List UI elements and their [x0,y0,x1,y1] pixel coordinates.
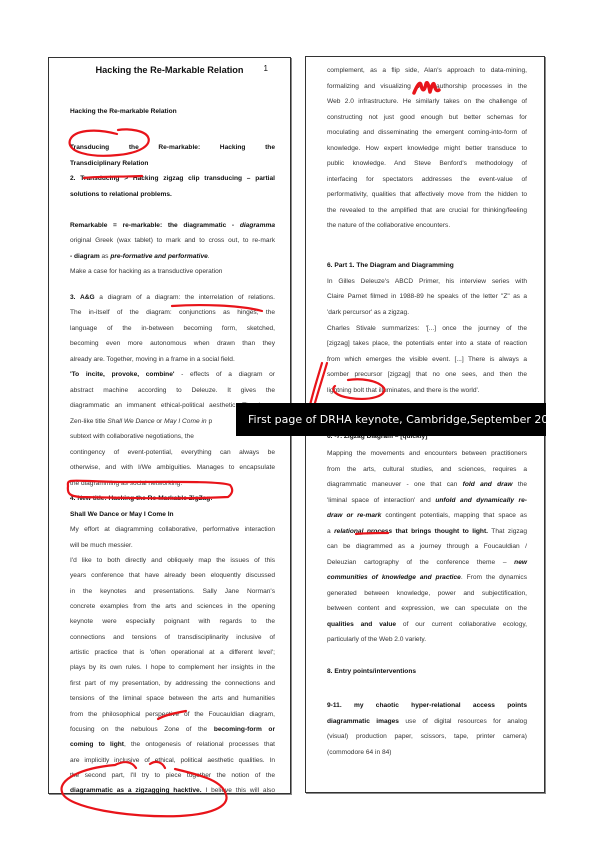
text-line: Claire Parnet filmed in 1988-89 he speak… [327,289,527,304]
text-line: focusing on the nebulous Zone of the bec… [70,722,275,737]
text-line: generated between knowledge, power and s… [327,586,527,601]
text-line: communities of knowledge and practice. F… [327,570,527,585]
text-line: 6. Part 1. The Diagram and Diagramming [327,258,527,273]
text-line: can be diagrammed as a journey through a… [327,539,527,554]
text-line: contingency of event-potential, everythi… [70,445,275,460]
text-run: artistic practice that is 'often operati… [70,649,275,656]
text-run: connections and tensions of transdiscipl… [70,634,275,641]
text-line: diagrammatic images use of digital resou… [327,714,527,729]
text-run: 'dark percursor' as a zigzag. [327,309,409,316]
text-line: artistic practice that is 'often operati… [70,645,275,660]
text-run: of our current collaborative ecology, [396,621,527,628]
text-run: the second part, I'll try to piece toget… [70,772,275,779]
text-run: In Gilles Deleuze's ABCD Primer, his int… [327,278,527,285]
text-run: generated between knowledge, power and s… [327,590,527,597]
text-run: the diagramming as social networking. [70,480,182,487]
text-line: (visual) production paper, scissors, tap… [327,729,527,744]
text-line: Deleuzian cartography of the conference … [327,555,527,570]
text-run: already are. Together, moving in a frame… [70,356,235,363]
text-line: the second part, I'll try to piece toget… [70,768,275,783]
text-line: from the philosophical perspective of th… [70,707,275,722]
text-run: Make a case for hacking as a transductiv… [70,268,222,275]
text-line: (commodore 64 in 84) [327,745,527,760]
text-run: lightning bolt that illuminates, and the… [327,387,480,394]
text-run: Transdiciplinary Relation [70,160,148,167]
text-line: the nature of the collaborative encounte… [327,218,527,233]
text-run: . [208,253,210,260]
text-run: can be diagrammed as a journey through a… [327,543,527,550]
text-run: tensions of the liminal space between th… [70,695,275,702]
text-run: from which emerges the visible event. [.… [327,356,527,363]
text-run: new [514,559,527,566]
text-run: solutions to relational problems. [70,191,172,198]
text-line: draw or re-mark contingent potentials, m… [327,508,527,523]
text-line: Make a case for hacking as a transductiv… [70,264,275,279]
text-run: 6. Part 1. The Diagram and Diagramming [327,262,454,269]
text-line: lightning bolt that illuminates, and the… [327,383,527,398]
text-run: diagramma [240,222,275,229]
text-line: complement, as a flip side, Alan's appro… [327,63,527,78]
text-run: , the ontogenesis of relational processe… [124,741,275,748]
text-line: 8. Entry points/interventions [327,664,527,679]
text-line: constructing not just good enough but be… [327,110,527,125]
text-line: formalizing and visualizing of co-author… [327,79,527,94]
text-run: Shall We Dance or May I Come In [70,511,174,518]
text-run: Web 2.0 infrastructure. He similarly tak… [327,98,527,105]
text-run: communities of knowledge and practice [327,574,461,581]
text-run: relational process [334,528,392,535]
text-run: public knowledge. And Steve Benford's me… [327,160,527,167]
text-line: keynote were especially poignant with re… [70,614,275,629]
text-line: solutions to relational problems. [70,187,275,202]
text-run: diagrammatic as a zigzagging hacktive. [70,787,202,794]
text-run: as [100,253,111,260]
text-line: first part of my presentation, by addres… [70,676,275,691]
text-line: diagrammatic as a zigzagging hacktive. I… [70,783,275,798]
text-line: qualities and value of our current colla… [327,617,527,632]
text-run: interfacing for spectators addresses the… [327,176,527,183]
text-run: keynote were especially poignant with re… [70,618,275,625]
text-run: (visual) production paper, scissors, tap… [327,733,527,740]
text-line: I'd like to both directly and obliquely … [70,553,275,568]
text-line: interfacing for spectators addresses the… [327,172,527,187]
text-line: Charles Stivale summarizes: '[...] once … [327,321,527,336]
text-line: original Greek (wax tablet) to mark and … [70,233,275,248]
text-run: constructing not just good enough but be… [327,114,527,121]
text-run: original Greek (wax tablet) to mark and … [70,237,275,244]
text-run: fold and draw [463,481,513,488]
document-title: Hacking the Re-Markable Relation [49,65,290,75]
text-line: abstract machine according to Deleuze. I… [70,383,275,398]
text-run: qualities and value [327,621,396,628]
text-line: [zigzag] takes place, the potentials ent… [327,336,527,351]
text-run: formalizing and visualizing of co-author… [327,83,527,90]
text-line: otherwise, and with I/We ambiguities. Ma… [70,460,275,475]
text-run: years conference that have already been … [70,572,275,579]
text-line: 'dark percursor' as a zigzag. [327,305,527,320]
text-run: - effects of a diagram or [174,371,275,378]
text-line: between content and expression, we can s… [327,601,527,616]
text-line: Web 2.0 infrastructure. He similarly tak… [327,94,527,109]
text-run: contingent potentials, mapping that spac… [381,512,527,519]
text-line: Transducing the Re-markable: Hacking the [70,140,275,155]
text-line: language of the in-between becoming form… [70,321,275,336]
text-run: Claire Parnet filmed in 1988-89 he speak… [327,293,527,300]
text-run: focusing on the nebulous Zone of the [70,726,214,733]
text-run: Zen-like title [70,418,107,425]
text-run: concrete examples from the arts and scie… [70,603,275,610]
text-run: or [155,418,165,425]
text-line: diagrammatic maneuver - one that can fol… [327,477,527,492]
text-line: coming to light, the ontogenesis of rela… [70,737,275,752]
text-line: plays by its own rules. I hope to comple… [70,660,275,675]
text-line: the diagramming as social networking. [70,476,275,491]
text-run: are implicitly inclusive of ethical, pol… [70,757,275,764]
text-run: pre-formative and performative [110,253,207,260]
text-run: will be much messier. [70,542,133,549]
page-number: 1 [264,64,268,73]
text-run: I'd like to both directly and obliquely … [70,557,275,564]
text-run: moculating and disseminating the emergen… [327,129,527,136]
text-run: from the philosophical perspective of th… [70,711,275,718]
text-line: moculating and disseminating the emergen… [327,125,527,140]
text-run: abstract machine according to Deleuze. I… [70,387,275,394]
text-line: from the arts, cultural studies, and sci… [327,462,527,477]
text-run: (commodore 64 in 84) [327,749,392,756]
text-line: from which emerges the visible event. [.… [327,352,527,367]
text-run: diagrammatic images [327,718,399,725]
text-line: tensions of the liminal space between th… [70,691,275,706]
text-line: years conference that have already been … [70,568,275,583]
text-run: 4. New title: Hacking the Re-Markable Zi… [70,495,213,502]
text-run: I believe this will also [202,787,275,794]
text-line: 9-11. my chaotic hyper-relational access… [327,698,527,713]
text-line: - diagram as pre-formative and performat… [70,249,275,264]
text-run: use of digital resources for analog [399,718,527,725]
text-line: Hacking the Re-markable Relation [70,104,275,119]
text-run: that brings thought to light. [392,528,488,535]
text-run: performativity, qualities that affective… [327,191,527,198]
text-run: The in-itself of the diagram: conjunctio… [70,309,275,316]
text-run: Charles Stivale summarizes: '[...] once … [327,325,527,332]
text-run: Mapping the movements and encounters bet… [327,450,527,457]
text-run: plays by its own rules. I hope to comple… [70,664,275,671]
text-line: connections and tensions of transdiscipl… [70,630,275,645]
text-run: complement, as a flip side, Alan's appro… [327,67,527,74]
text-line: are implicitly inclusive of ethical, pol… [70,753,275,768]
text-line: performativity, qualities that affective… [327,187,527,202]
text-line: will be much messier. [70,538,275,553]
text-line: concrete examples from the arts and scie… [70,599,275,614]
text-run: diagrammatic maneuver - one that can [327,481,463,488]
text-line: becoming even more autonomous when drawn… [70,336,275,351]
text-run: Deleuzian cartography of the conference … [327,559,514,566]
text-run: . From the dynamics [461,574,527,581]
text-run: - diagram [70,253,100,260]
text-line: The in-itself of the diagram: conjunctio… [70,305,275,320]
text-run: particularly of the Web 2.0 variety. [327,636,426,643]
text-line: 2. Transducing > Hacking zigzag clip tra… [70,171,275,186]
text-run: otherwise, and with I/We ambiguities. Ma… [70,464,275,471]
text-line: Transdiciplinary Relation [70,156,275,171]
text-run: from the arts, cultural studies, and sci… [327,466,527,473]
text-run: subtext with collaborative negotiations,… [70,433,194,440]
text-run: Hacking the Re-markable Relation [70,108,177,115]
text-line: the revealed to the amplified that are c… [327,203,527,218]
text-line: 'liminal space of interaction' and unfol… [327,493,527,508]
text-line: in the keynotes and presentations. Sally… [70,584,275,599]
text-line: 4. New title: Hacking the Re-Markable Zi… [70,491,275,506]
text-run: draw or re-mark [327,512,381,519]
text-line: public knowledge. And Steve Benford's me… [327,156,527,171]
text-run: My effort at diagramming collaborative, … [70,526,275,533]
text-run: [zigzag] takes place, the potentials ent… [327,340,527,347]
text-run: 2. Transducing > Hacking zigzag clip tra… [70,175,275,182]
text-run: becoming even more autonomous when drawn… [70,340,275,347]
text-line: knowledge. How expert knowledge might be… [327,141,527,156]
text-run: 'liminal space of interaction' and [327,497,435,504]
text-line: In Gilles Deleuze's ABCD Primer, his int… [327,274,527,289]
text-run: becoming-form or [214,726,275,733]
text-run: first part of my presentation, by addres… [70,680,275,687]
image-caption: First page of DRHA keynote, Cambridge,Se… [236,403,546,436]
text-run: the nature of the collaborative encounte… [327,222,450,229]
text-run: coming to light [70,741,124,748]
text-line: Mapping the movements and encounters bet… [327,446,527,461]
text-line: Shall We Dance or May I Come In [70,507,275,522]
text-line: 3. A&G a diagram of a diagram: the inter… [70,290,275,305]
text-line: already are. Together, moving in a frame… [70,352,275,367]
text-run: Shall We Dance [107,418,154,425]
text-line: particularly of the Web 2.0 variety. [327,632,527,647]
text-run: knowledge. How expert knowledge might be… [327,145,527,152]
text-line: My effort at diagramming collaborative, … [70,522,275,537]
text-run: the [513,481,528,488]
text-run: Transducing the Re-markable: Hacking the [70,144,275,151]
text-run: between content and expression, we can s… [327,605,527,612]
text-run: in the keynotes and presentations. Sally… [70,588,275,595]
text-run: May I Come in [164,418,207,425]
text-run: language of the in-between becoming form… [70,325,275,332]
text-line: a relational process that brings thought… [327,524,527,539]
text-run: 3. A&G [70,294,95,301]
text-run: 8. Entry points/interventions [327,668,416,675]
text-run: 9-11. my chaotic hyper-relational access… [327,702,527,709]
text-run: Remarkable = re-markable: the diagrammat… [70,222,240,229]
text-run: somber precursor [zigzag] that no one se… [327,371,527,378]
text-run: 'To incite, provoke, combine' [70,371,174,378]
text-run: contingency of event-potential, everythi… [70,449,275,456]
text-run: That zigzag [488,528,527,535]
text-line: 'To incite, provoke, combine' - effects … [70,367,275,382]
text-line: somber precursor [zigzag] that no one se… [327,367,527,382]
text-run: unfold and dynamically re- [435,497,527,504]
text-run: p [207,418,213,425]
text-line: Remarkable = re-markable: the diagrammat… [70,218,275,233]
text-run: a diagram of a diagram: the interrelatio… [95,294,275,301]
text-run: the revealed to the amplified that are c… [327,207,527,214]
